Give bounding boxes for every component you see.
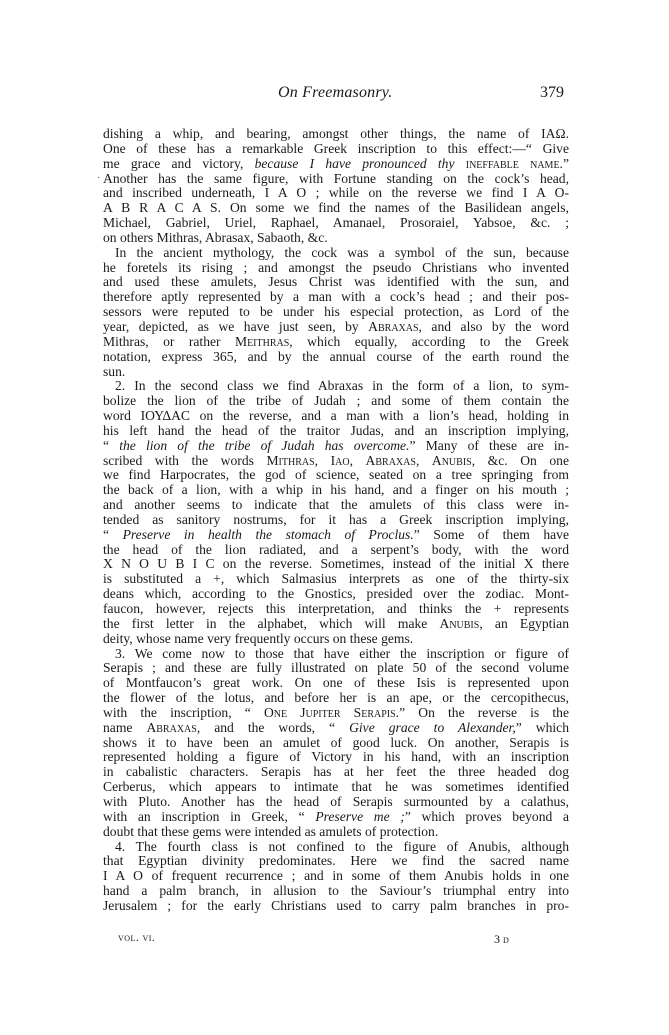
italic-span: the lion of the tribe of Judah has overc… <box>119 438 409 453</box>
text-line: Michael, Gabriel, Uriel, Raphael, Amanae… <box>103 216 569 231</box>
small-caps-span: Abraxas <box>368 319 418 334</box>
text-span: tended as sanitory nostrums, for it has … <box>103 512 569 527</box>
text-span: Michael, Gabriel, Uriel, Raphael, Amanae… <box>103 215 569 230</box>
text-span: , an Egyptian <box>479 616 569 631</box>
text-span: on others Mithras, Abrasax, Sabaoth, &c. <box>103 230 328 245</box>
text-line: 4. The fourth class is not confined to t… <box>103 840 569 855</box>
text-line: “ the lion of the tribe of Judah has ove… <box>103 439 569 454</box>
small-caps-span: ineffable name. <box>466 156 563 171</box>
text-line: shows it to have been an amulet of good … <box>103 736 569 751</box>
text-line: X N O U B I C on the reverse. Sometimes,… <box>103 557 569 572</box>
text-span: of Montfaucon’s great work. On one of th… <box>103 675 569 690</box>
text-line: and inscribed underneath, I A O ; while … <box>103 186 569 201</box>
text-line: 3. We come now to those that have either… <box>103 647 569 662</box>
text-line: with an inscription in Greek, “ Preserve… <box>103 810 569 825</box>
small-caps-span: One Jupiter Serapis. <box>264 705 399 720</box>
text-span: Serapis ; and these are fully illustrate… <box>103 660 569 675</box>
text-line: we find Harpocrates, the god of science,… <box>103 468 569 483</box>
text-span: ” which proves beyond a <box>405 809 569 824</box>
text-span: 4. The fourth class is not confined to t… <box>115 839 569 854</box>
text-line: me grace and victory, because I have pro… <box>103 157 569 172</box>
text-span: , <box>350 453 366 468</box>
text-line: tended as sanitory nostrums, for it has … <box>103 513 569 528</box>
text-span: the flower of the lotus, and before her … <box>103 690 569 705</box>
small-caps-span: ΙΑΩ. <box>541 126 569 141</box>
text-span: ” Some of them have <box>414 527 569 542</box>
small-caps-span: Anubis <box>440 616 480 631</box>
text-span: doubt that these gems were intended as a… <box>103 824 438 839</box>
text-span: name <box>103 720 146 735</box>
text-line: on others Mithras, Abrasax, Sabaoth, &c. <box>103 231 569 246</box>
text-line: I A O of frequent recurrence ; and in so… <box>103 869 569 884</box>
margin-mark: · <box>97 173 100 184</box>
text-span: notation, express 365, and by the annual… <box>103 349 569 364</box>
text-span: me grace and victory, <box>103 156 255 171</box>
text-line: his left hand the head of the traitor Ju… <box>103 424 569 439</box>
text-span: Cerberus, which appears to intimate that… <box>103 779 569 794</box>
text-span: 3. We come now to those that have either… <box>115 646 569 661</box>
text-span: , <box>416 453 432 468</box>
text-span: ” Many of these are in- <box>410 438 570 453</box>
text-span: his left hand the head of the traitor Ju… <box>103 423 569 438</box>
text-line: A B R A C A S. On some we find the names… <box>103 201 569 216</box>
text-span: in cabalistic characters. Serapis has at… <box>103 764 569 779</box>
text-span: bolize the lion of the tribe of Judah ; … <box>103 393 569 408</box>
text-span: and used these amulets, Jesus Christ was… <box>103 274 569 289</box>
text-span: shows it to have been an amulet of good … <box>103 735 569 750</box>
text-line: is substituted a +, which Salmasius inte… <box>103 572 569 587</box>
small-caps-span: Abraxas <box>146 720 196 735</box>
small-caps-span: Meithras <box>235 334 289 349</box>
text-span: dishing a whip, and bearing, amongst oth… <box>103 126 541 141</box>
text-span: and another seems to indicate that the a… <box>103 497 569 512</box>
text-span: with an inscription in Greek, “ <box>103 809 315 824</box>
italic-span: because I have pronounced thy <box>255 156 466 171</box>
text-span: Mithras, or rather <box>103 334 235 349</box>
text-line: the flower of the lotus, and before her … <box>103 691 569 706</box>
text-span: deans which, according to the Gnostics, … <box>103 586 569 601</box>
text-line: bolize the lion of the tribe of Judah ; … <box>103 394 569 409</box>
body-text: dishing a whip, and bearing, amongst oth… <box>103 127 569 914</box>
text-span: ” On the reverse is the <box>399 705 569 720</box>
text-span: hand a palm branch, in allusion to the S… <box>103 883 569 898</box>
text-line: sun. <box>103 365 569 380</box>
text-line: in cabalistic characters. Serapis has at… <box>103 765 569 780</box>
text-line: with the inscription, “ One Jupiter Sera… <box>103 706 569 721</box>
text-line: notation, express 365, and by the annual… <box>103 350 569 365</box>
page-footer: vol. vi. 3 d <box>0 932 669 948</box>
text-span: deity, whose name very frequently occurs… <box>103 631 413 646</box>
signature-number: 3 <box>494 932 500 946</box>
text-span: sun. <box>103 364 125 379</box>
text-span: with the inscription, “ <box>103 705 264 720</box>
text-line: year, depicted, as we have just seen, by… <box>103 320 569 335</box>
text-span: 2. In the second class we find Abraxas i… <box>115 378 569 393</box>
text-span: represented holding a figure of Victory … <box>103 749 569 764</box>
text-line: sessors were reputed to be under his esp… <box>103 305 569 320</box>
text-line: Mithras, or rather Meithras, which equal… <box>103 335 569 350</box>
text-line: Cerberus, which appears to intimate that… <box>103 780 569 795</box>
signature-mark: 3 d <box>494 932 509 947</box>
text-span: the back of a lion, with a whip in his h… <box>103 482 569 497</box>
text-span: , &c. On one <box>472 453 569 468</box>
text-line: that Egyptian divinity predominates. Her… <box>103 854 569 869</box>
text-span: sessors were reputed to be under his esp… <box>103 304 569 319</box>
text-span: ” which <box>516 720 569 735</box>
small-caps-span: Iao <box>331 453 350 468</box>
text-span: Jerusalem ; for the early Christians use… <box>103 898 569 913</box>
small-caps-span: Anubis <box>432 453 472 468</box>
text-line: deans which, according to the Gnostics, … <box>103 587 569 602</box>
text-line: deity, whose name very frequently occurs… <box>103 632 569 647</box>
text-span: , <box>315 453 331 468</box>
text-span: the first letter in the alphabet, which … <box>103 616 440 631</box>
text-span: , and the words, “ <box>197 720 349 735</box>
text-span: scribed with the words <box>103 453 266 468</box>
page-header: On Freemasonry. 379 <box>0 84 669 104</box>
small-caps-span: Mithras <box>266 453 314 468</box>
text-line: name Abraxas, and the words, “ Give grac… <box>103 721 569 736</box>
text-span: and inscribed underneath, I A O ; while … <box>103 185 569 200</box>
text-span: In the ancient mythology, the cock was a… <box>115 245 569 260</box>
text-line: dishing a whip, and bearing, amongst oth… <box>103 127 569 142</box>
text-line: the head of the lion radiated, and a ser… <box>103 543 569 558</box>
text-line: One of these has a remarkable Greek insc… <box>103 142 569 157</box>
text-line: the back of a lion, with a whip in his h… <box>103 483 569 498</box>
text-span: “ <box>103 438 119 453</box>
text-span: year, depicted, as we have just seen, by <box>103 319 368 334</box>
text-line: word ΙΟΥΔΑC on the reverse, and a man wi… <box>103 409 569 424</box>
text-span: therefore aptly represented by a man wit… <box>103 289 569 304</box>
text-line: 2. In the second class we find Abraxas i… <box>103 379 569 394</box>
text-span: with Pluto. Another has the head of Sera… <box>103 794 569 809</box>
text-line: “ Preserve in health the stomach of Proc… <box>103 528 569 543</box>
text-line: doubt that these gems were intended as a… <box>103 825 569 840</box>
text-line: he foretels its rising ; and amongst the… <box>103 261 569 276</box>
text-line: hand a palm branch, in allusion to the S… <box>103 884 569 899</box>
italic-span: Give grace to Alexander, <box>349 720 516 735</box>
text-span: word ΙΟΥΔΑC on the reverse, and a man wi… <box>103 408 569 423</box>
text-line: and another seems to indicate that the a… <box>103 498 569 513</box>
text-line: represented holding a figure of Victory … <box>103 750 569 765</box>
text-line: the first letter in the alphabet, which … <box>103 617 569 632</box>
text-span: X N O U B I C on the reverse. Sometimes,… <box>103 556 569 571</box>
text-span: A B R A C A S. On some we find the names… <box>103 200 569 215</box>
text-span: Another has the same figure, with Fortun… <box>103 171 569 186</box>
text-span: he foretels its rising ; and amongst the… <box>103 260 569 275</box>
volume-label: vol. vi. <box>118 932 155 944</box>
text-span: I A O of frequent recurrence ; and in so… <box>103 868 569 883</box>
signature-letter: d <box>503 934 509 946</box>
running-title: On Freemasonry. <box>278 84 392 102</box>
text-line: Jerusalem ; for the early Christians use… <box>103 899 569 914</box>
text-span: ” <box>563 156 569 171</box>
page-number: 379 <box>540 84 564 102</box>
text-line: therefore aptly represented by a man wit… <box>103 290 569 305</box>
text-span: the head of the lion radiated, and a ser… <box>103 542 569 557</box>
text-span: , which equally, according to the Greek <box>289 334 569 349</box>
text-line: Another has the same figure, with Fortun… <box>103 172 569 187</box>
small-caps-span: Abraxas <box>366 453 416 468</box>
text-line: In the ancient mythology, the cock was a… <box>103 246 569 261</box>
text-span: we find Harpocrates, the god of science,… <box>103 467 569 482</box>
text-line: Serapis ; and these are fully illustrate… <box>103 661 569 676</box>
text-span: is substituted a +, which Salmasius inte… <box>103 571 569 586</box>
italic-span: Preserve in health the stomach of Proclu… <box>123 527 414 542</box>
text-span: One of these has a remarkable Greek insc… <box>103 141 569 156</box>
text-line: of Montfaucon’s great work. On one of th… <box>103 676 569 691</box>
text-line: and used these amulets, Jesus Christ was… <box>103 275 569 290</box>
text-line: scribed with the words Mithras, Iao, Abr… <box>103 454 569 469</box>
text-line: with Pluto. Another has the head of Sera… <box>103 795 569 810</box>
text-line: faucon, however, rejects this interpreta… <box>103 602 569 617</box>
text-span: that Egyptian divinity predominates. Her… <box>103 853 569 868</box>
text-span: , and also by the word <box>419 319 569 334</box>
text-span: “ <box>103 527 123 542</box>
italic-span: Preserve me ; <box>315 809 405 824</box>
text-span: faucon, however, rejects this interpreta… <box>103 601 569 616</box>
